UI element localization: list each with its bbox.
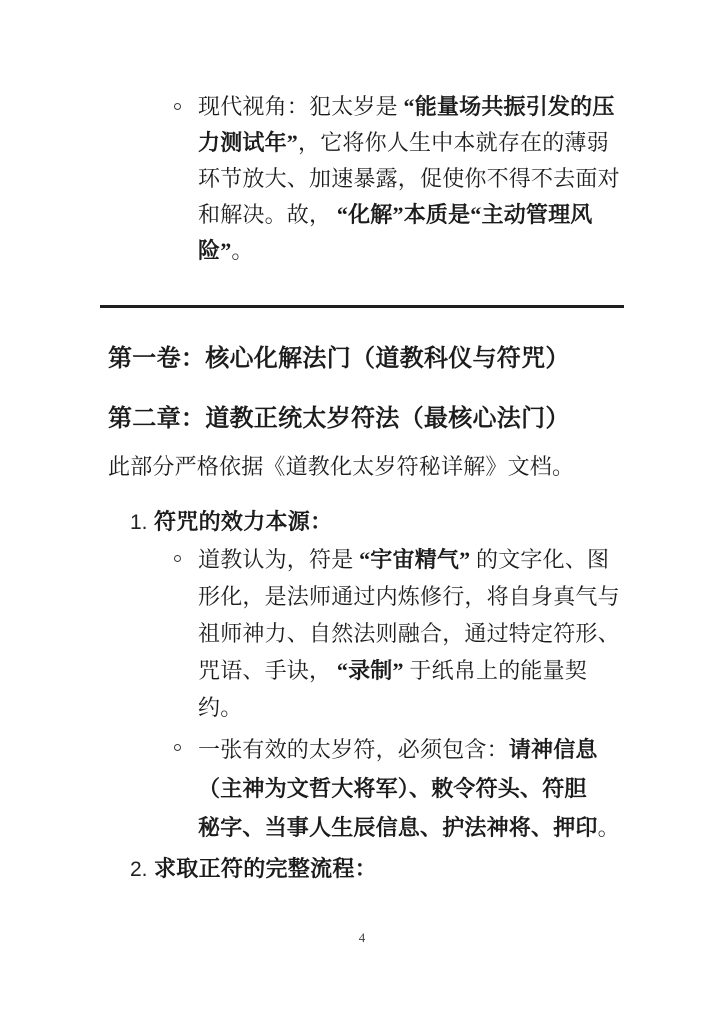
sub-bullet-item-1: 道教认为，符是 “宇宙精气” 的文字化、图 形化，是法师通过内炼修行，将自身真气… xyxy=(100,541,624,726)
circle-bullet-icon xyxy=(174,744,181,751)
section-title-chapter-2: 第二章：道教正统太岁符法（最核心法门） xyxy=(108,401,624,437)
section-title-volume-1: 第一卷：核心化解法门（道教科仪与符咒） xyxy=(108,341,624,377)
intro-bullet-item: 现代视角：犯太岁是 “能量场共振引发的压 力测试年”，它将你人生中本就存在的薄弱… xyxy=(100,89,624,269)
text-segment: “录制” xyxy=(337,658,404,683)
page-content: 现代视角：犯太岁是 “能量场共振引发的压 力测试年”，它将你人生中本就存在的薄弱… xyxy=(0,0,724,888)
text-segment: 。 xyxy=(231,238,253,263)
numbered-item-1-title: 符咒的效力本源： xyxy=(154,504,332,540)
intro-paragraph: 此部分严格依据《道教化太岁符秘详解》文档。 xyxy=(108,449,624,485)
list-number-1: 1. xyxy=(130,505,154,541)
section-divider xyxy=(100,305,624,308)
bullet-marker-box xyxy=(174,730,198,751)
list-number-2: 2. xyxy=(130,852,154,888)
sub-bullet-1-text: 道教认为，符是 “宇宙精气” 的文字化、图 形化，是法师通过内炼修行，将自身真气… xyxy=(198,541,620,726)
text-segment: “宇宙精气” xyxy=(359,547,470,572)
numbered-item-2-title: 求取正符的完整流程： xyxy=(154,851,377,887)
bullet-marker-box xyxy=(174,541,198,562)
bullet-marker-box xyxy=(174,89,198,110)
numbered-item-2: 2. 求取正符的完整流程： xyxy=(130,851,624,888)
text-segment: 。 xyxy=(598,815,620,840)
text-segment: 道教认为，符是 xyxy=(198,547,359,572)
text-segment: 一张有效的太岁符，必须包含： xyxy=(198,737,509,762)
circle-bullet-icon xyxy=(174,555,181,562)
numbered-item-1: 1. 符咒的效力本源： xyxy=(130,504,624,541)
document-page: 现代视角：犯太岁是 “能量场共振引发的压 力测试年”，它将你人生中本就存在的薄弱… xyxy=(0,0,724,1024)
sub-bullet-2-text: 一张有效的太岁符，必须包含：请神信息 （主神为文哲大将军）、敕令符头、符胆 秘字… xyxy=(198,730,620,847)
page-number: 4 xyxy=(0,930,724,946)
intro-bullet-text: 现代视角：犯太岁是 “能量场共振引发的压 力测试年”，它将你人生中本就存在的薄弱… xyxy=(198,89,620,269)
sub-bullet-item-2: 一张有效的太岁符，必须包含：请神信息 （主神为文哲大将军）、敕令符头、符胆 秘字… xyxy=(100,730,624,847)
circle-bullet-icon xyxy=(174,103,181,110)
text-segment: 现代视角：犯太岁是 xyxy=(198,94,404,119)
